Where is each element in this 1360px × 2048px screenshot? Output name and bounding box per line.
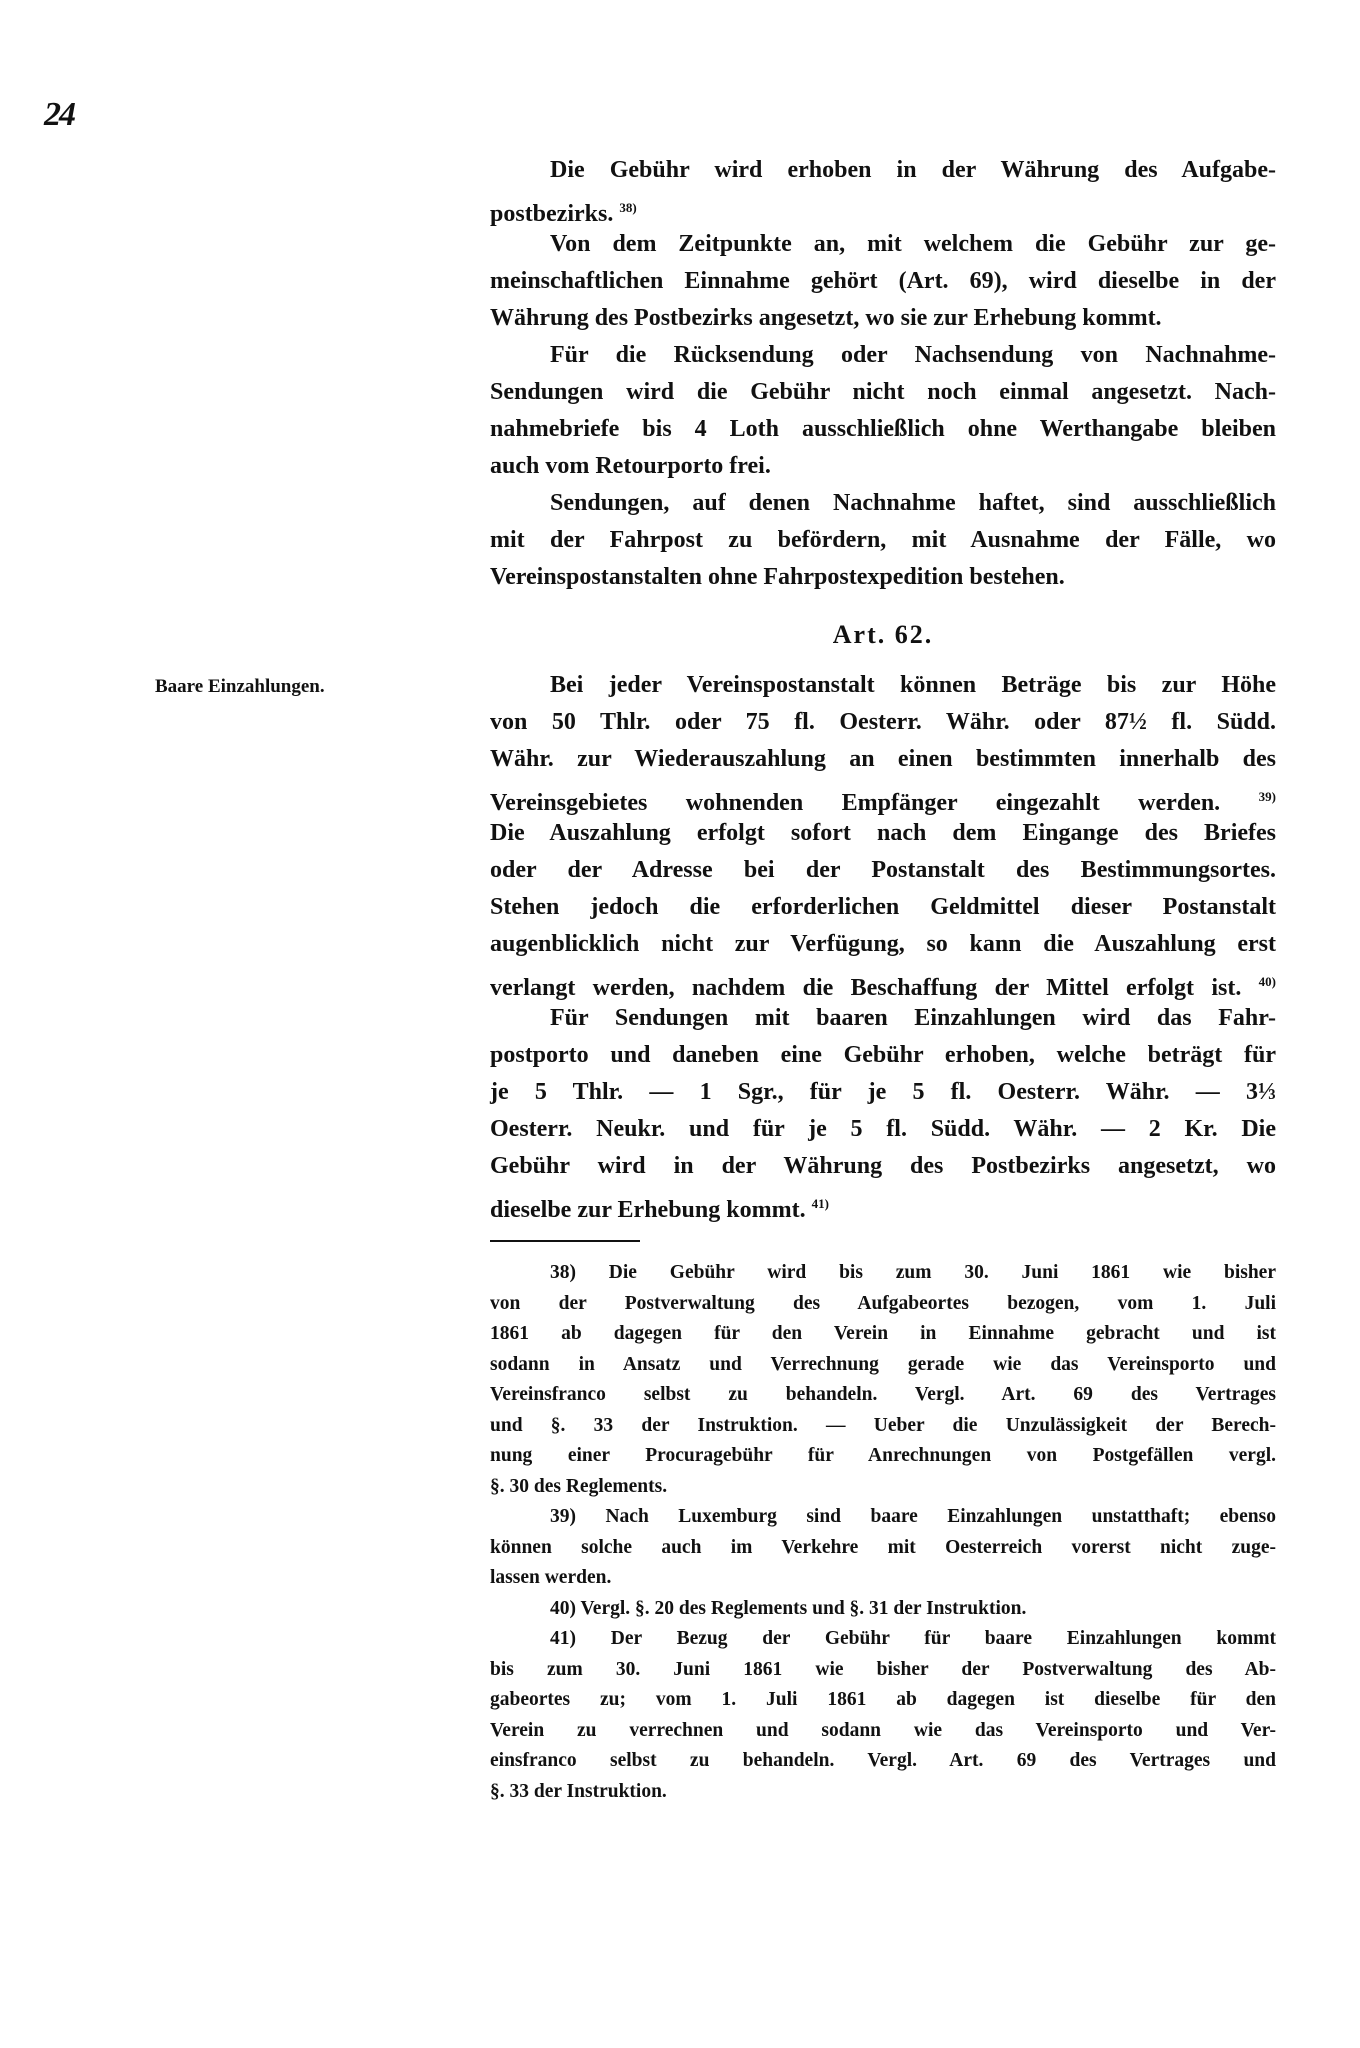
text-line: Sendungen wird die Gebühr nicht noch ein… xyxy=(490,374,1276,411)
text-line-text: Für Sendungen mit baaren Einzahlungen wi… xyxy=(550,1005,1276,1031)
text-line-text: Die Auszahlung erfolgt sofort nach dem E… xyxy=(490,820,1276,846)
footnote-reference: 39) xyxy=(1259,789,1276,804)
footnote-line: 1861 ab dagegen für den Verein in Einnah… xyxy=(490,1319,1276,1350)
footnote-line-text: nung einer Procuragebühr für Anrechnunge… xyxy=(490,1445,1276,1466)
text-line: Für Sendungen mit baaren Einzahlungen wi… xyxy=(490,1000,1276,1037)
text-line-text: verlangt werden, nachdem die Beschaffung… xyxy=(490,975,1241,1001)
footnote-line-text: 39) Nach Luxemburg sind baare Einzahlung… xyxy=(550,1506,1276,1527)
footnote-line: 41) Der Bezug der Gebühr für baare Einza… xyxy=(490,1624,1276,1655)
text-line: Vereinsgebietes wohnenden Empfänger eing… xyxy=(490,778,1276,815)
footnote-line: nung einer Procuragebühr für Anrechnunge… xyxy=(490,1441,1276,1472)
footnote-line: 39) Nach Luxemburg sind baare Einzahlung… xyxy=(490,1502,1276,1533)
text-line-text: Bei jeder Vereinspostanstalt können Betr… xyxy=(550,672,1276,698)
text-line-text: nahmebriefe bis 4 Loth ausschließlich oh… xyxy=(490,416,1276,442)
footnote-line: einsfranco selbst zu behandeln. Vergl. A… xyxy=(490,1746,1276,1777)
text-line: postbezirks. 38) xyxy=(490,189,1276,226)
footnotes: 38) Die Gebühr wird bis zum 30. Juni 186… xyxy=(490,1258,1276,1807)
text-line-text: postbezirks. xyxy=(490,201,613,227)
text-line-text: dieselbe zur Erhebung kommt. xyxy=(490,1197,806,1223)
text-line-text: Sendungen wird die Gebühr nicht noch ein… xyxy=(490,379,1276,405)
footnote-line-text: einsfranco selbst zu behandeln. Vergl. A… xyxy=(490,1750,1276,1771)
text-line: Die Auszahlung erfolgt sofort nach dem E… xyxy=(490,815,1276,852)
text-line-text: mit der Fahrpost zu befördern, mit Ausna… xyxy=(490,527,1276,553)
footnote-line-text: 41) Der Bezug der Gebühr für baare Einza… xyxy=(550,1628,1276,1649)
footnote-reference: 41) xyxy=(812,1196,829,1211)
footnote-line-text: 1861 ab dagegen für den Verein in Einnah… xyxy=(490,1323,1276,1344)
footnote-line-text: gabeortes zu; vom 1. Juli 1861 ab dagege… xyxy=(490,1689,1276,1710)
text-line-text: Vereinsgebietes wohnenden Empfänger eing… xyxy=(490,790,1220,816)
text-line-text: Sendungen, auf denen Nachnahme haftet, s… xyxy=(550,490,1276,516)
text-line: Währung des Postbezirks angesetzt, wo si… xyxy=(490,300,1276,337)
text-line-text: je 5 Thlr. — 1 Sgr., für je 5 fl. Oester… xyxy=(490,1079,1276,1105)
text-line: Bei jeder Vereinspostanstalt können Betr… xyxy=(490,667,1276,704)
footnote-line: bis zum 30. Juni 1861 wie bisher der Pos… xyxy=(490,1655,1276,1686)
text-line: Währ. zur Wiederauszahlung an einen best… xyxy=(490,741,1276,778)
footnote-line: sodann in Ansatz und Verrechnung gerade … xyxy=(490,1350,1276,1381)
text-line: Für die Rücksendung oder Nachsendung von… xyxy=(490,337,1276,374)
footnote-line-text: sodann in Ansatz und Verrechnung gerade … xyxy=(490,1354,1276,1375)
page-number: 24 xyxy=(44,96,74,134)
footnote-line: 38) Die Gebühr wird bis zum 30. Juni 186… xyxy=(490,1258,1276,1289)
text-line-text: Von dem Zeitpunkte an, mit welchem die G… xyxy=(550,231,1276,257)
margin-note: Baare Einzahlungen. xyxy=(155,676,325,698)
text-line: Sendungen, auf denen Nachnahme haftet, s… xyxy=(490,485,1276,522)
footnote-line: lassen werden. xyxy=(490,1563,1276,1594)
footnote-reference: 38) xyxy=(619,200,636,215)
footnote-line-text: Verein zu verrechnen und sodann wie das … xyxy=(490,1720,1276,1741)
article-heading: Art. 62. xyxy=(490,620,1276,650)
text-line-text: Stehen jedoch die erforderlichen Geldmit… xyxy=(490,894,1276,920)
text-line: Vereinspostanstalten ohne Fahrpostexpedi… xyxy=(490,559,1276,596)
body-section-1: Die Gebühr wird erhoben in der Währung d… xyxy=(490,152,1276,596)
footnote-line-text: von der Postverwaltung des Aufgabeortes … xyxy=(490,1293,1276,1314)
text-line-text: von 50 Thlr. oder 75 fl. Oesterr. Währ. … xyxy=(490,709,1276,735)
text-line-text: oder der Adresse bei der Postanstalt des… xyxy=(490,857,1276,883)
text-line: augenblicklich nicht zur Verfügung, so k… xyxy=(490,926,1276,963)
text-line-text: meinschaftlichen Einnahme gehört (Art. 6… xyxy=(490,268,1276,294)
footnote-line-text: bis zum 30. Juni 1861 wie bisher der Pos… xyxy=(490,1659,1276,1680)
text-line: dieselbe zur Erhebung kommt. 41) xyxy=(490,1185,1276,1222)
text-line: Oesterr. Neukr. und für je 5 fl. Südd. W… xyxy=(490,1111,1276,1148)
footnote-line-text: lassen werden. xyxy=(490,1567,611,1588)
footnote-line-text: §. 33 der Instruktion. xyxy=(490,1781,667,1802)
text-line: postporto und daneben eine Gebühr erhobe… xyxy=(490,1037,1276,1074)
footnote-line-text: §. 30 des Reglements. xyxy=(490,1476,667,1497)
text-line: mit der Fahrpost zu befördern, mit Ausna… xyxy=(490,522,1276,559)
text-line-text: augenblicklich nicht zur Verfügung, so k… xyxy=(490,931,1276,957)
footnote-line: Vereinsfranco selbst zu behandeln. Vergl… xyxy=(490,1380,1276,1411)
footnote-line: gabeortes zu; vom 1. Juli 1861 ab dagege… xyxy=(490,1685,1276,1716)
footnote-line: und §. 33 der Instruktion. — Ueber die U… xyxy=(490,1411,1276,1442)
text-line-text: Die Gebühr wird erhoben in der Währung d… xyxy=(550,157,1276,183)
text-line-text: postporto und daneben eine Gebühr erhobe… xyxy=(490,1042,1276,1068)
footnote-line-text: Vereinsfranco selbst zu behandeln. Vergl… xyxy=(490,1384,1276,1405)
footnote-divider xyxy=(490,1240,640,1242)
footnote-line: 40) Vergl. §. 20 des Reglements und §. 3… xyxy=(490,1594,1276,1625)
text-line: auch vom Retourporto frei. xyxy=(490,448,1276,485)
footnote-line: Verein zu verrechnen und sodann wie das … xyxy=(490,1716,1276,1747)
text-line: Gebühr wird in der Währung des Postbezir… xyxy=(490,1148,1276,1185)
footnote-line-text: 38) Die Gebühr wird bis zum 30. Juni 186… xyxy=(550,1262,1276,1283)
footnote-line-text: und §. 33 der Instruktion. — Ueber die U… xyxy=(490,1415,1276,1436)
footnote-line: §. 33 der Instruktion. xyxy=(490,1777,1276,1808)
text-line-text: Gebühr wird in der Währung des Postbezir… xyxy=(490,1153,1276,1179)
text-line-text: Währ. zur Wiederauszahlung an einen best… xyxy=(490,746,1276,772)
footnote-reference: 40) xyxy=(1259,974,1276,989)
text-line: je 5 Thlr. — 1 Sgr., für je 5 fl. Oester… xyxy=(490,1074,1276,1111)
text-line: von 50 Thlr. oder 75 fl. Oesterr. Währ. … xyxy=(490,704,1276,741)
footnote-line-text: können solche auch im Verkehre mit Oeste… xyxy=(490,1537,1276,1558)
text-line: verlangt werden, nachdem die Beschaffung… xyxy=(490,963,1276,1000)
text-line-text: Währung des Postbezirks angesetzt, wo si… xyxy=(490,305,1162,331)
text-line-text: Oesterr. Neukr. und für je 5 fl. Südd. W… xyxy=(490,1116,1276,1142)
text-line: Stehen jedoch die erforderlichen Geldmit… xyxy=(490,889,1276,926)
text-line: meinschaftlichen Einnahme gehört (Art. 6… xyxy=(490,263,1276,300)
text-line: nahmebriefe bis 4 Loth ausschließlich oh… xyxy=(490,411,1276,448)
text-line: Die Gebühr wird erhoben in der Währung d… xyxy=(490,152,1276,189)
footnote-line-text: 40) Vergl. §. 20 des Reglements und §. 3… xyxy=(550,1598,1026,1619)
text-line: Von dem Zeitpunkte an, mit welchem die G… xyxy=(490,226,1276,263)
footnote-line: von der Postverwaltung des Aufgabeortes … xyxy=(490,1289,1276,1320)
text-line: oder der Adresse bei der Postanstalt des… xyxy=(490,852,1276,889)
footnote-line: §. 30 des Reglements. xyxy=(490,1472,1276,1503)
text-line-text: Für die Rücksendung oder Nachsendung von… xyxy=(550,342,1276,368)
text-line-text: auch vom Retourporto frei. xyxy=(490,453,771,479)
footnote-line: können solche auch im Verkehre mit Oeste… xyxy=(490,1533,1276,1564)
text-line-text: Vereinspostanstalten ohne Fahrpostexpedi… xyxy=(490,564,1065,590)
body-section-2: Bei jeder Vereinspostanstalt können Betr… xyxy=(490,667,1276,1222)
